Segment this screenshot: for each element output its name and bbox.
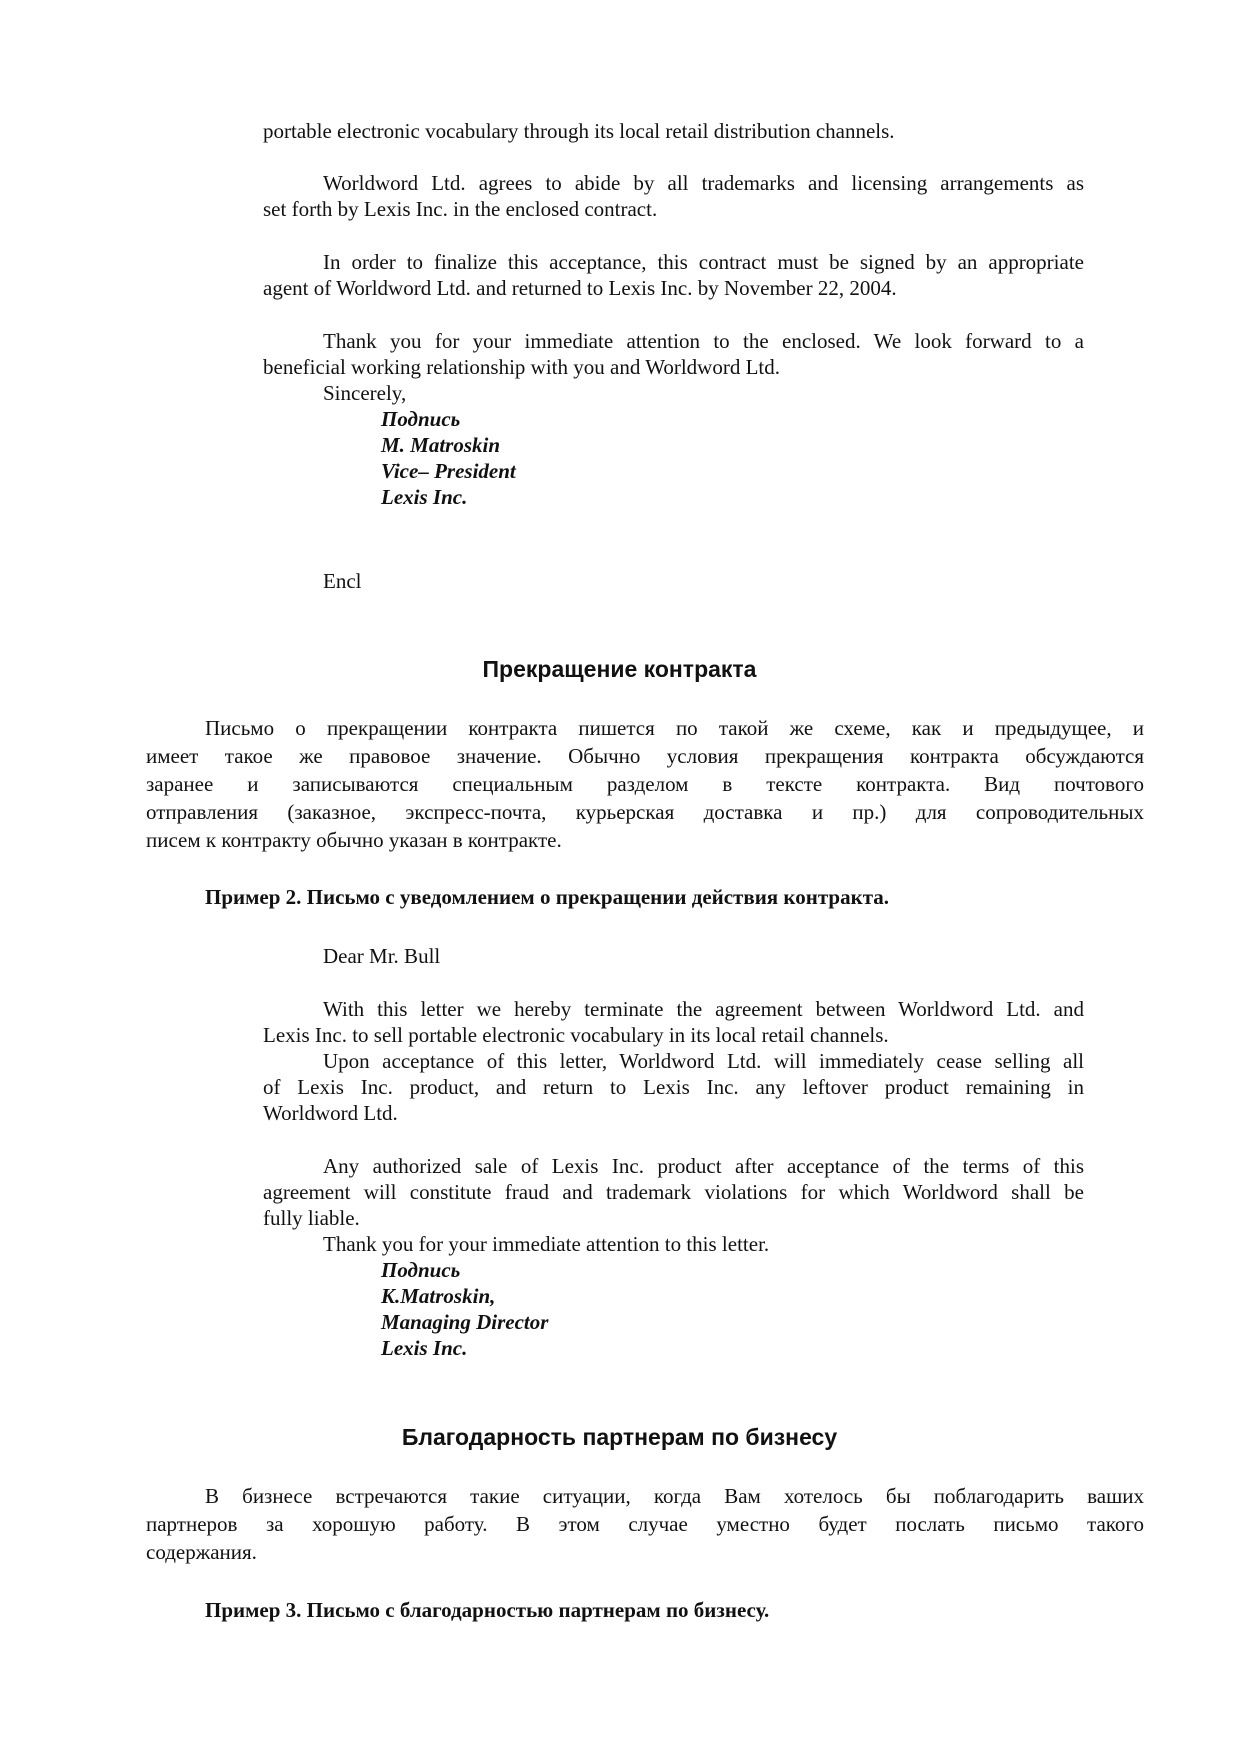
- letter1-closing: Sincerely,: [323, 380, 406, 406]
- signature-label: Подпись: [381, 406, 460, 432]
- letter1-paragraph-1-line-1: Worldword Ltd. agrees to abide by all tr…: [323, 170, 1084, 196]
- letter1-paragraph-2-line-1: In order to finalize this acceptance, th…: [323, 249, 1084, 275]
- letter2-paragraph-2-line-3: Worldword Ltd.: [263, 1100, 398, 1126]
- section2-line-3: заранее и записываются специальным разде…: [146, 771, 1144, 797]
- section2-line-4: отправления (заказное, экспресс-почта, к…: [146, 799, 1144, 825]
- section-heading-gratitude: Благодарность партнерам по бизнесу: [0, 1423, 1239, 1451]
- letter2-paragraph-3-line-3: fully liable.: [263, 1205, 360, 1231]
- example-2-heading: Пример 2. Письмо с уведомлением о прекра…: [205, 884, 889, 910]
- section2-line-5: писем к контракту обычно указан в контра…: [146, 827, 562, 853]
- signature-company: Lexis Inc.: [381, 1335, 467, 1361]
- example-3-heading: Пример 3. Письмо с благодарностью партне…: [205, 1597, 769, 1623]
- letter1-paragraph-3-line-2: beneficial working relationship with you…: [263, 354, 780, 380]
- signature-company: Lexis Inc.: [381, 484, 467, 510]
- letter1-paragraph-1-line-2: set forth by Lexis Inc. in the enclosed …: [263, 196, 657, 222]
- letter1-paragraph-3-line-1: Thank you for your immediate attention t…: [323, 328, 1084, 354]
- letter2-paragraph-2-line-1: Upon acceptance of this letter, Worldwor…: [323, 1048, 1084, 1074]
- signature-name: K.Matroskin,: [381, 1283, 495, 1309]
- letter1-paragraph-0: portable electronic vocabulary through i…: [263, 118, 895, 144]
- letter2-paragraph-2-line-2: of Lexis Inc. product, and return to Lex…: [263, 1074, 1084, 1100]
- section3-line-3: содержания.: [146, 1539, 257, 1565]
- section2-line-2: имеет такое же правовое значение. Обычно…: [146, 743, 1144, 769]
- section2-line-1: Письмо о прекращении контракта пишется п…: [205, 715, 1144, 741]
- section-heading-termination: Прекращение контракта: [0, 655, 1239, 683]
- letter2-paragraph-3-line-2: agreement will constitute fraud and trad…: [263, 1179, 1084, 1205]
- signature-title: Vice– President: [381, 458, 516, 484]
- signature-label: Подпись: [381, 1257, 460, 1283]
- letter2-paragraph-1-line-1: With this letter we hereby terminate the…: [323, 996, 1084, 1022]
- letter2-paragraph-1-line-2: Lexis Inc. to sell portable electronic v…: [263, 1022, 889, 1048]
- letter2-paragraph-3-line-1: Any authorized sale of Lexis Inc. produc…: [323, 1153, 1084, 1179]
- letter1-enclosure: Encl: [323, 568, 361, 594]
- letter2-closing: Thank you for your immediate attention t…: [323, 1231, 769, 1257]
- letter1-paragraph-2-line-2: agent of Worldword Ltd. and returned to …: [263, 275, 897, 301]
- section3-line-1: В бизнесе встречаются такие ситуации, ко…: [205, 1483, 1144, 1509]
- letter2-greeting: Dear Mr. Bull: [323, 943, 440, 969]
- section3-line-2: партнеров за хорошую работу. В этом случ…: [146, 1511, 1144, 1537]
- signature-name: M. Matroskin: [381, 432, 500, 458]
- signature-title: Managing Director: [381, 1309, 548, 1335]
